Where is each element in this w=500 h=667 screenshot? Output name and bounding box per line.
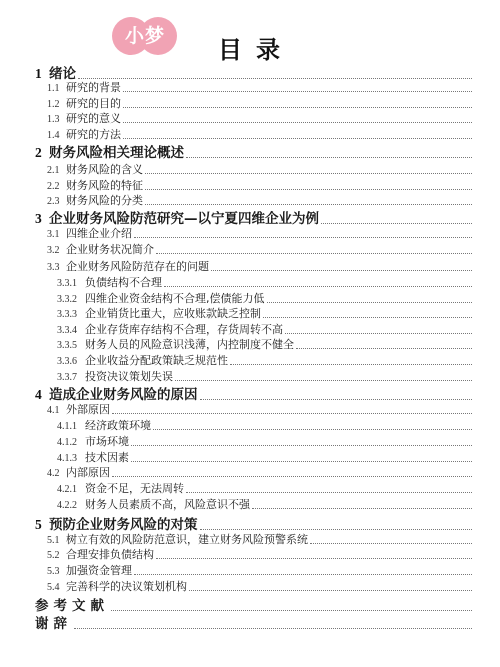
watermark-logo: 小梦 bbox=[112, 17, 178, 57]
dot-leader bbox=[164, 285, 472, 287]
dot-leader bbox=[156, 557, 472, 559]
toc-entry[interactable]: 2.1财务风险的含义 bbox=[47, 161, 472, 177]
toc-entry-number: 1.2 bbox=[47, 99, 66, 110]
toc-entry-number: 4.1.1 bbox=[57, 421, 85, 432]
toc-entry-number: 5.2 bbox=[47, 550, 66, 561]
dot-leader bbox=[123, 137, 472, 139]
toc-entry[interactable]: 2.3财务风险的分类 bbox=[47, 192, 472, 208]
dot-leader bbox=[211, 269, 472, 271]
toc-entry-title: 财务风险的特征 bbox=[66, 177, 143, 193]
toc-entry[interactable]: 3企业财务风险防范研究—以宁夏四维企业为例 bbox=[35, 207, 472, 227]
toc-entry-title: 经济政策环境 bbox=[85, 417, 151, 433]
dot-leader bbox=[156, 252, 472, 254]
dot-leader bbox=[200, 398, 473, 400]
dot-leader bbox=[153, 428, 472, 430]
dot-leader bbox=[131, 444, 472, 446]
toc-entry-number: 1.4 bbox=[47, 130, 66, 141]
toc-entry[interactable]: 3.2企业财务状况简介 bbox=[47, 241, 472, 257]
toc-entry-title: 财务人员素质不高，风险意识不强 bbox=[85, 496, 250, 512]
toc-entry-number: 4.2.1 bbox=[57, 484, 85, 495]
dot-leader bbox=[186, 491, 472, 493]
toc-entry-title: 研究的意义 bbox=[66, 110, 121, 126]
toc-entry-number: 4.2 bbox=[47, 468, 66, 479]
toc-entry-number: 4.1.3 bbox=[57, 453, 85, 464]
toc-entry-number: 2 bbox=[35, 145, 49, 161]
toc-entry[interactable]: 4.1.2市场环境 bbox=[57, 433, 472, 449]
dot-leader bbox=[252, 507, 472, 509]
toc-entry-title: 四维企业资金结构不合理,偿债能力低 bbox=[85, 290, 265, 306]
dot-leader bbox=[123, 106, 472, 108]
toc-entry[interactable]: 3.3企业财务风险防范存在的问题 bbox=[47, 258, 472, 274]
toc-entry-title: 财务人员的风险意识浅薄，内控制度不健全 bbox=[85, 336, 294, 352]
toc-entry-title: 财务风险相关理论概述 bbox=[49, 141, 184, 161]
toc-entry-title: 企业财务风险防范研究—以宁夏四维企业为例 bbox=[49, 207, 319, 227]
toc-entry-title: 预防企业财务风险的对策 bbox=[49, 513, 198, 533]
toc-entry-number: 4.2.2 bbox=[57, 500, 85, 511]
toc-entry-number: 3.3 bbox=[47, 262, 66, 273]
dot-leader bbox=[296, 347, 472, 349]
toc-entry-number: 3.3.5 bbox=[57, 340, 85, 351]
dot-leader bbox=[263, 316, 472, 318]
toc-entry-number: 3.3.1 bbox=[57, 278, 85, 289]
toc-entry-number: 1.1 bbox=[47, 83, 66, 94]
toc-entry-number: 2.1 bbox=[47, 165, 66, 176]
toc-entry-number: 3.3.3 bbox=[57, 309, 85, 320]
dot-leader bbox=[74, 627, 472, 629]
toc-entry-title: 完善科学的决议策划机构 bbox=[66, 578, 187, 594]
toc-entry-number: 2.2 bbox=[47, 181, 66, 192]
toc-entry-title: 技术因素 bbox=[85, 449, 129, 465]
toc-entry[interactable]: 2财务风险相关理论概述 bbox=[35, 141, 472, 161]
toc-entry[interactable]: 3.3.6企业收益分配政策缺乏规范性 bbox=[57, 352, 472, 368]
toc-entry-title: 合理安排负债结构 bbox=[66, 546, 154, 562]
toc-entry-title: 企业财务风险防范存在的问题 bbox=[66, 258, 209, 274]
toc-entry-title: 企业财务状况简介 bbox=[66, 241, 154, 257]
toc-entry-number: 4.1 bbox=[47, 405, 66, 416]
toc-entry[interactable]: 4.2.1资金不足，无法周转 bbox=[57, 480, 472, 496]
toc-entry-title: 企业存货库存结构不合理，存货周转不高 bbox=[85, 321, 283, 337]
page-title: 目录 bbox=[218, 30, 294, 65]
dot-leader bbox=[230, 363, 472, 365]
toc-entry[interactable]: 3.3.1负债结构不合理 bbox=[57, 274, 472, 290]
toc-entry-title: 负债结构不合理 bbox=[85, 274, 162, 290]
toc-entry-title: 市场环境 bbox=[85, 433, 129, 449]
toc-entry-number: 3.3.6 bbox=[57, 356, 85, 367]
toc-entry[interactable]: 4.1.3技术因素 bbox=[57, 449, 472, 465]
toc-entry[interactable]: 4.2内部原因 bbox=[47, 464, 472, 480]
toc-entry[interactable]: 3.3.3企业销货比重大，应收账款缺乏控制 bbox=[57, 305, 472, 321]
toc-entry-title: 资金不足，无法周转 bbox=[85, 480, 184, 496]
toc-entry-number: 2.3 bbox=[47, 196, 66, 207]
dot-leader bbox=[145, 188, 472, 190]
toc-entry[interactable]: 4.1外部原因 bbox=[47, 401, 472, 417]
dot-leader bbox=[267, 301, 473, 303]
toc-entry[interactable]: 2.2财务风险的特征 bbox=[47, 177, 472, 193]
toc-entry-title: 内部原因 bbox=[66, 464, 110, 480]
toc-entry-number: 3.2 bbox=[47, 245, 66, 256]
toc-entry-title: 研究的背景 bbox=[66, 79, 121, 95]
toc-entry-number: 5.4 bbox=[47, 582, 66, 593]
dot-leader bbox=[111, 609, 472, 611]
toc-entry[interactable]: 3.3.2四维企业资金结构不合理,偿债能力低 bbox=[57, 290, 472, 306]
dot-leader bbox=[134, 573, 472, 575]
toc-entry-number: 3.1 bbox=[47, 229, 66, 240]
toc-entry[interactable]: 3.3.4企业存货库存结构不合理，存货周转不高 bbox=[57, 321, 472, 337]
dot-leader bbox=[134, 236, 472, 238]
toc-entry[interactable]: 谢辞 bbox=[35, 612, 472, 632]
toc-entry[interactable]: 3.3.5财务人员的风险意识浅薄，内控制度不健全 bbox=[57, 336, 472, 352]
toc-entry-number: 3.3.7 bbox=[57, 372, 85, 383]
toc-entry[interactable]: 4.2.2财务人员素质不高，风险意识不强 bbox=[57, 496, 472, 512]
dot-leader bbox=[186, 156, 472, 158]
toc-entry-title: 财务风险的分类 bbox=[66, 192, 143, 208]
toc-entry-number: 4.1.2 bbox=[57, 437, 85, 448]
toc-entry[interactable]: 5.4完善科学的决议策划机构 bbox=[47, 578, 472, 594]
dot-leader bbox=[189, 589, 472, 591]
dot-leader bbox=[123, 90, 472, 92]
dot-leader bbox=[131, 460, 472, 462]
toc-entry[interactable]: 4.1.1经济政策环境 bbox=[57, 417, 472, 433]
toc-entry-number: 5.3 bbox=[47, 566, 66, 577]
watermark-text: 小梦 bbox=[112, 17, 178, 55]
toc-entry-title: 四维企业介绍 bbox=[66, 225, 132, 241]
toc-entry[interactable]: 1.4研究的方法 bbox=[47, 126, 472, 142]
dot-leader bbox=[145, 203, 472, 205]
dot-leader bbox=[321, 222, 472, 224]
toc-entry[interactable]: 4造成企业财务风险的原因 bbox=[35, 383, 472, 403]
toc-entry-number: 1.3 bbox=[47, 114, 66, 125]
dot-leader bbox=[123, 121, 472, 123]
toc-entry-title: 参考文献 bbox=[35, 594, 109, 614]
toc-entry-title: 造成企业财务风险的原因 bbox=[49, 383, 198, 403]
dot-leader bbox=[175, 379, 472, 381]
toc-entry[interactable]: 5.3加强资金管理 bbox=[47, 562, 472, 578]
toc-entry[interactable]: 参考文献 bbox=[35, 594, 472, 614]
toc-entry-title: 谢辞 bbox=[35, 612, 72, 632]
toc-entry[interactable]: 1.1研究的背景 bbox=[47, 79, 472, 95]
toc-entry[interactable]: 5.2合理安排负债结构 bbox=[47, 546, 472, 562]
toc-entry[interactable]: 3.1四维企业介绍 bbox=[47, 225, 472, 241]
dot-leader bbox=[145, 172, 472, 174]
toc-entry-title: 树立有效的风险防范意识，建立财务风险预警系统 bbox=[66, 531, 308, 547]
dot-leader bbox=[310, 542, 472, 544]
dot-leader bbox=[200, 528, 473, 530]
toc-entry[interactable]: 3.3.7投资决议策划失误 bbox=[57, 368, 472, 384]
toc-entry[interactable]: 5预防企业财务风险的对策 bbox=[35, 513, 472, 533]
toc-entry-number: 3.3.4 bbox=[57, 325, 85, 336]
toc-entry[interactable]: 1.3研究的意义 bbox=[47, 110, 472, 126]
toc-entry-number: 5.1 bbox=[47, 535, 66, 546]
dot-leader bbox=[112, 412, 472, 414]
toc-entry-title: 企业销货比重大，应收账款缺乏控制 bbox=[85, 305, 261, 321]
toc-entry-number: 3.3.2 bbox=[57, 294, 85, 305]
toc-entry[interactable]: 1.2研究的目的 bbox=[47, 95, 472, 111]
toc-entry-title: 研究的目的 bbox=[66, 95, 121, 111]
dot-leader bbox=[112, 475, 472, 477]
toc-entry-title: 加强资金管理 bbox=[66, 562, 132, 578]
toc-entry-title: 企业收益分配政策缺乏规范性 bbox=[85, 352, 228, 368]
dot-leader bbox=[285, 332, 472, 334]
toc-entry-title: 投资决议策划失误 bbox=[85, 368, 173, 384]
toc-entry[interactable]: 5.1树立有效的风险防范意识，建立财务风险预警系统 bbox=[47, 531, 472, 547]
toc-entry-title: 研究的方法 bbox=[66, 126, 121, 142]
toc-entry-title: 财务风险的含义 bbox=[66, 161, 143, 177]
toc-entry-title: 外部原因 bbox=[66, 401, 110, 417]
